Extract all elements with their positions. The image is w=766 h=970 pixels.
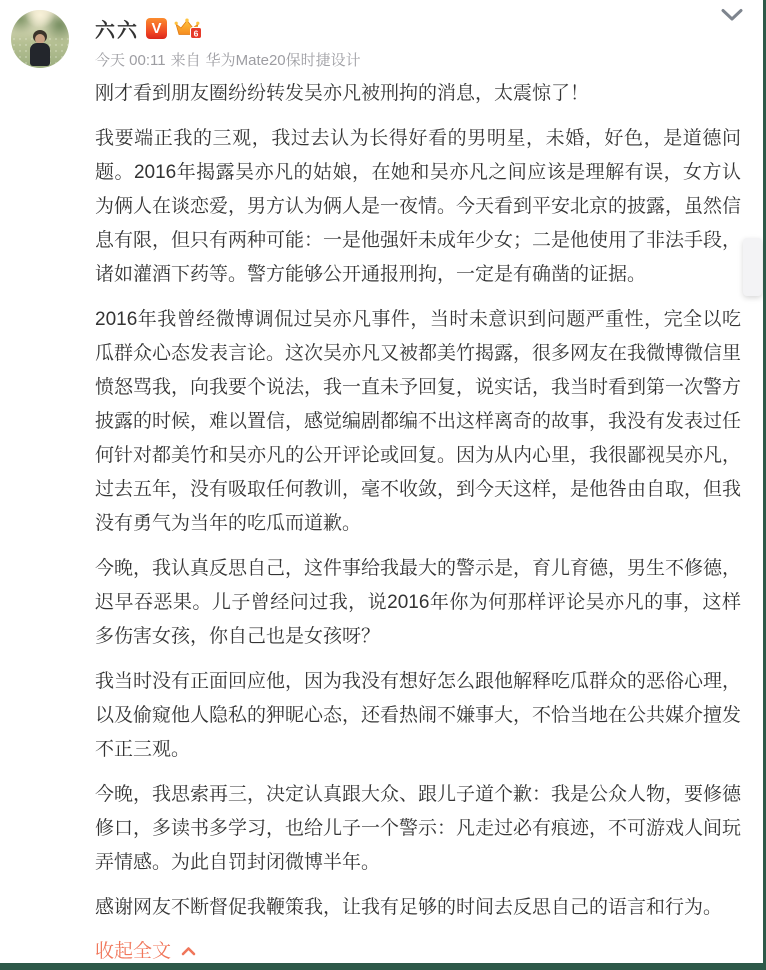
verified-v-icon: V (146, 18, 167, 39)
post-paragraph: 今晚，我认真反思自己，这件事给我最大的警示是，育儿育德，男生不修德，迟早吞恶果。… (95, 552, 741, 654)
post-paragraph: 我要端正我的三观，我过去认为长得好看的男明星，未婚，好色，是道德问题。2016年… (95, 122, 741, 292)
post-meta: 今天 00:11 来自 华为Mate20保时捷设计 (95, 49, 361, 70)
scrollbar-thumb[interactable] (743, 238, 762, 296)
post-paragraph: 我当时没有正面回应他，因为我没有想好怎么跟他解释吃瓜群众的恶俗心理，以及偷窥他人… (95, 665, 741, 767)
post-paragraph: 今晚，我思索再三，决定认真跟大众、跟儿子道个歉：我是公众人物，要修德修口，多读书… (95, 778, 741, 880)
avatar[interactable] (11, 10, 69, 68)
post-source-device[interactable]: 华为Mate20保时捷设计 (206, 49, 361, 70)
chevron-down-icon[interactable] (721, 8, 743, 22)
author-name[interactable]: 六六 (95, 14, 139, 43)
post-text: 刚才看到朋友圈纷纷转发吴亦凡被刑拘的消息，太震惊了！ 我要端正我的三观，我过去认… (95, 77, 741, 925)
weibo-post-card: 六六 V 6 今天 00:11 来自 华为Mate20保时捷设计 刚 (0, 0, 766, 970)
vip-level-number: 6 (194, 28, 199, 38)
post-timestamp[interactable]: 今天 00:11 (95, 49, 166, 70)
collapse-full-text-link[interactable]: 收起全文 (95, 936, 196, 963)
author-line: 六六 V 6 (95, 14, 202, 43)
verified-v-letter: V (151, 21, 161, 36)
vip-crown-icon: 6 (174, 18, 202, 40)
chevron-up-icon (181, 946, 196, 956)
post-paragraph: 刚才看到朋友圈纷纷转发吴亦凡被刑拘的消息，太震惊了！ (95, 77, 741, 111)
post-paragraph: 感谢网友不断督促我鞭策我，让我有足够的时间去反思自己的语言和行为。 (95, 891, 741, 925)
collapse-full-text-label: 收起全文 (95, 936, 171, 963)
source-prefix: 来自 (171, 49, 201, 70)
avatar-person-body (30, 43, 50, 66)
bottom-border (0, 963, 766, 970)
avatar-sky-glow (25, 10, 55, 28)
post-paragraph: 2016年我曾经微博调侃过吴亦凡事件，当时未意识到问题严重性，完全以吃瓜群众心态… (95, 303, 741, 541)
